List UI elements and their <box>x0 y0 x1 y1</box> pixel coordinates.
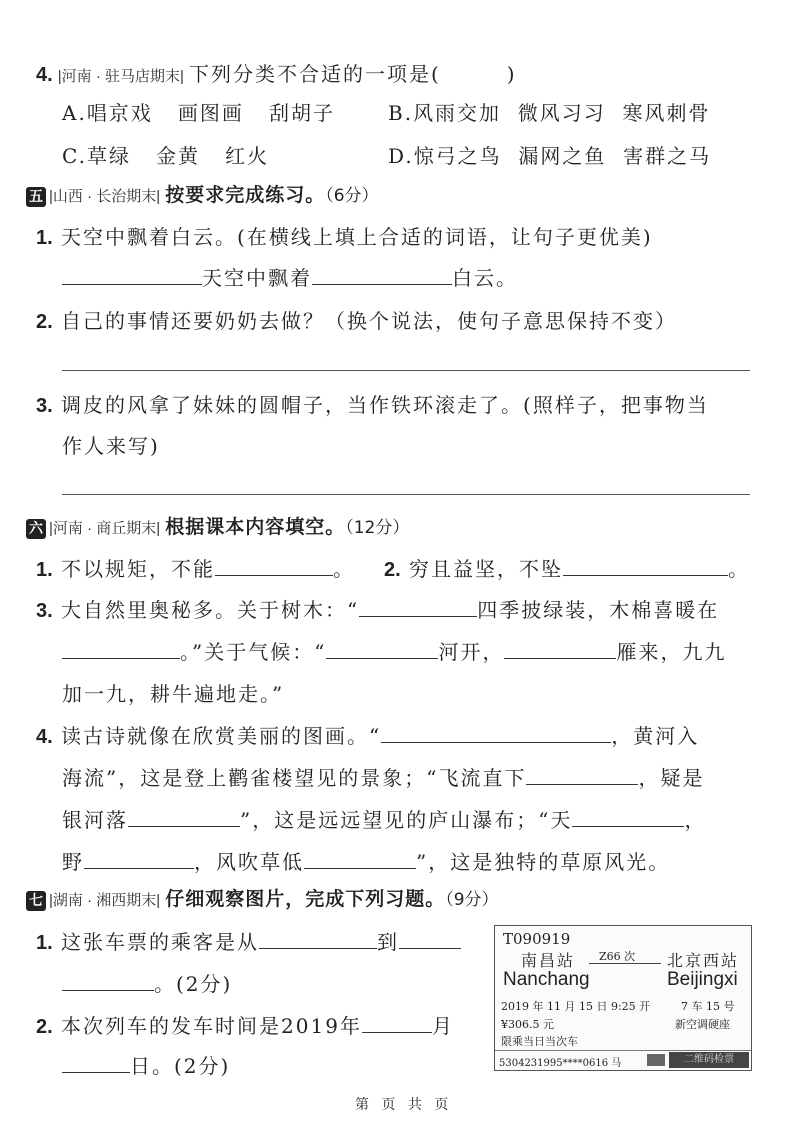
answer-line[interactable] <box>62 370 750 371</box>
section-source: |河南 · 商丘期末| <box>49 520 160 537</box>
question-number: 2. <box>36 1016 53 1038</box>
answer-blank[interactable] <box>215 574 333 576</box>
question-text: ， <box>684 808 706 832</box>
option-item: 漏网之鱼 <box>518 144 606 168</box>
question-text: 。”关于气候：“ <box>180 640 326 664</box>
question-number: 1. <box>36 932 53 954</box>
s5-question-1: 1. 天空中飘着白云。(在横线上填上合适的词语，让句子更优美) <box>36 221 653 250</box>
section-5-header: 五|山西 · 长治期末| 按要求完成练习。（6分） <box>26 180 379 207</box>
question-text: 野 <box>62 850 84 874</box>
question-text: 日。(2分) <box>130 1054 230 1078</box>
ticket-code: T090919 <box>503 930 570 948</box>
s5-q3-line2: 作人来写) <box>62 430 160 459</box>
question-text: 读古诗就像在欣赏美丽的图画。“ <box>61 724 381 748</box>
section-source: |湖南 · 湘西期末| <box>49 892 160 909</box>
question-text: 调皮的风拿了妹妹的圆帽子，当作铁环滚走了。(照样子，把事物当 <box>61 393 709 417</box>
question-number: 2. <box>384 559 401 581</box>
ticket-train-number: Z66 次 <box>599 948 635 964</box>
punct: 。 <box>728 557 750 581</box>
s5-question-3: 3. 调皮的风拿了妹妹的圆帽子，当作铁环滚走了。(照样子，把事物当 <box>36 389 709 418</box>
answer-blank[interactable] <box>399 947 461 949</box>
redacted-block <box>647 1054 665 1066</box>
s7-q1-line2: 。(2分) <box>62 968 232 997</box>
s6-q3-line2: 。”关于气候：“河开，雁来，九九 <box>62 636 726 665</box>
option-b: B.风雨交加 微风习习 寒风刺骨 <box>388 97 711 126</box>
answer-blank[interactable] <box>326 657 438 659</box>
answer-blank[interactable] <box>504 657 616 659</box>
question-text: 月 <box>432 1014 454 1038</box>
fill-text: 白云。 <box>452 266 518 290</box>
section-title: 按要求完成练习。 <box>165 184 325 206</box>
s7-q2-line2: 日。(2分) <box>62 1050 230 1079</box>
question-text: 。(2分) <box>154 972 232 996</box>
section-6-header: 六|河南 · 商丘期末| 根据课本内容填空。（12分） <box>26 512 409 539</box>
answer-blank[interactable] <box>563 574 728 576</box>
s7-question-1: 1. 这张车票的乘客是从到 <box>36 926 461 955</box>
question-text: 海流”，这是登上鹳雀楼望见的景象；“飞流直下 <box>62 766 526 790</box>
s6-q4-line2: 海流”，这是登上鹳雀楼望见的景象；“飞流直下，疑是 <box>62 762 704 791</box>
s6-question-4: 4. 读古诗就像在欣赏美丽的图画。“，黄河入 <box>36 720 699 749</box>
question-text: 银河落 <box>62 808 128 832</box>
question-text: ，疑是 <box>638 766 704 790</box>
answer-blank[interactable] <box>259 947 377 949</box>
question-text: 四季披绿装，木棉喜暖在 <box>477 598 719 622</box>
s6-q4-line3: 银河落”，这是远远望见的庐山瀑布；“天， <box>62 804 706 833</box>
ticket-datetime: 2019 年 11 月 15 日 9:25 开 <box>501 998 650 1014</box>
fill-text: 天空中飘着 <box>202 266 312 290</box>
answer-blank[interactable] <box>304 867 416 869</box>
question-number: 2. <box>36 311 53 333</box>
qr-check-label: 二维码检票 <box>669 1052 749 1068</box>
question-text: 到 <box>377 930 399 954</box>
s6-question-3: 3. 大自然里奥秘多。关于树木：“四季披绿装，木棉喜暖在 <box>36 594 719 623</box>
question-text: 本次列车的发车时间是2019年 <box>61 1014 362 1038</box>
ticket-passenger-id: 5304231995****0616 马 <box>499 1054 621 1069</box>
question-number: 4. <box>36 726 53 748</box>
option-item: 害群之马 <box>623 144 711 168</box>
question-number: 1. <box>36 227 53 249</box>
answer-blank[interactable] <box>312 283 452 285</box>
section-title: 仔细观察图片，完成下列习题。 <box>165 888 445 910</box>
question-text: 这张车票的乘客是从 <box>61 930 259 954</box>
question-text: 大自然里奥秘多。关于树木：“ <box>61 598 359 622</box>
question-text: ，黄河入 <box>611 724 699 748</box>
s7-question-2: 2. 本次列车的发车时间是2019年月 <box>36 1010 454 1039</box>
answer-blank[interactable] <box>362 1031 432 1033</box>
question-text: ”，这是远远望见的庐山瀑布；“天 <box>240 808 572 832</box>
s6-q4-line4: 野，风吹草低”，这是独特的草原风光。 <box>62 846 670 875</box>
s6-question-2: 2. 穷且益坚，不坠。 <box>384 553 750 582</box>
s5-q1-fill-line: 天空中飘着白云。 <box>62 262 518 291</box>
section-title: 根据课本内容填空。 <box>165 516 345 538</box>
option-item: 微风习习 <box>518 101 606 125</box>
ticket-seat-type: 新空调硬座 <box>675 1016 730 1032</box>
option-c: C.草绿 金黄 红火 <box>62 140 269 169</box>
question-text: 自己的事情还要奶奶去做？（换个说法，使句子意思保持不变） <box>61 309 677 333</box>
question-4-header: 4. |河南 · 驻马店期末| 下列分类不合适的一项是( ) <box>36 58 517 87</box>
option-item: 唱京戏 <box>87 101 153 125</box>
question-text: 不以规矩，不能 <box>61 557 215 581</box>
question-number: 3. <box>36 600 53 622</box>
option-d: D.惊弓之鸟 漏网之鱼 害群之马 <box>388 140 711 169</box>
question-number: 1. <box>36 559 53 581</box>
answer-blank[interactable] <box>62 1071 130 1073</box>
option-label: C. <box>62 144 87 168</box>
question-text: 雁来，九九 <box>616 640 726 664</box>
question-prompt: 下列分类不合适的一项是( ) <box>189 62 517 86</box>
ticket-seat: 7 车 15 号 <box>681 998 735 1014</box>
arrow-icon <box>589 963 661 964</box>
answer-blank[interactable] <box>381 741 611 743</box>
train-ticket-image: T090919 南昌站 Z66 次 北京西站 Nanchang Beijingx… <box>494 925 752 1071</box>
s6-question-1: 1. 不以规矩，不能。 <box>36 553 355 582</box>
option-item: 草绿 <box>87 144 131 168</box>
option-item: 刮胡子 <box>269 101 335 125</box>
question-text: ，风吹草低 <box>194 850 304 874</box>
section-7-header: 七|湖南 · 湘西期末| 仔细观察图片，完成下列习题。（9分） <box>26 884 499 911</box>
punct: 。 <box>333 557 355 581</box>
question-number: 4. <box>36 64 53 86</box>
answer-blank[interactable] <box>62 283 202 285</box>
answer-blank[interactable] <box>572 825 684 827</box>
question-text: ”，这是独特的草原风光。 <box>416 850 670 874</box>
divider <box>495 1050 751 1051</box>
option-item: 惊弓之鸟 <box>414 144 502 168</box>
option-label: A. <box>62 101 87 125</box>
section-badge: 七 <box>26 891 46 911</box>
section-badge: 五 <box>26 187 46 207</box>
ticket-to-station: 北京西站 <box>667 948 739 971</box>
option-label: D. <box>388 144 414 168</box>
section-score: （6分） <box>325 186 378 206</box>
option-item: 金黄 <box>156 144 200 168</box>
answer-line[interactable] <box>62 494 750 495</box>
option-item: 红火 <box>225 144 269 168</box>
question-source: |河南 · 驻马店期末| <box>58 68 184 85</box>
s6-q3-line3: 加一九，耕牛遍地走。” <box>62 678 284 707</box>
question-text: 加一九，耕牛遍地走。” <box>62 682 284 706</box>
answer-blank[interactable] <box>526 783 638 785</box>
ticket-from-station: 南昌站 <box>521 948 575 971</box>
section-badge: 六 <box>26 519 46 539</box>
page-footer: 第 页 共 页 <box>355 1094 452 1114</box>
ticket-note: 限乘当日当次车 <box>501 1033 578 1049</box>
question-number: 3. <box>36 395 53 417</box>
option-item: 画图画 <box>178 101 244 125</box>
answer-blank[interactable] <box>359 615 477 617</box>
option-item: 寒风刺骨 <box>623 101 711 125</box>
answer-blank[interactable] <box>62 989 154 991</box>
answer-blank[interactable] <box>84 867 194 869</box>
option-item: 风雨交加 <box>413 101 501 125</box>
question-text: 作人来写) <box>62 434 160 458</box>
section-score: （12分） <box>345 518 409 538</box>
section-source: |山西 · 长治期末| <box>49 188 160 205</box>
question-text: 穷且益坚，不坠 <box>409 557 563 581</box>
option-label: B. <box>388 101 413 125</box>
ticket-from-pinyin: Nanchang <box>503 969 590 991</box>
answer-blank[interactable] <box>62 657 180 659</box>
s5-question-2: 2. 自己的事情还要奶奶去做？（换个说法，使句子意思保持不变） <box>36 305 677 334</box>
ticket-price: ¥306.5 元 <box>501 1016 554 1032</box>
option-a: A.唱京戏 画图画 刮胡子 <box>62 97 335 126</box>
ticket-to-pinyin: Beijingxi <box>667 969 738 991</box>
question-text: 天空中飘着白云。(在横线上填上合适的词语，让句子更优美) <box>61 225 653 249</box>
answer-blank[interactable] <box>128 825 240 827</box>
question-text: 河开， <box>438 640 504 664</box>
section-score: （9分） <box>445 890 498 910</box>
